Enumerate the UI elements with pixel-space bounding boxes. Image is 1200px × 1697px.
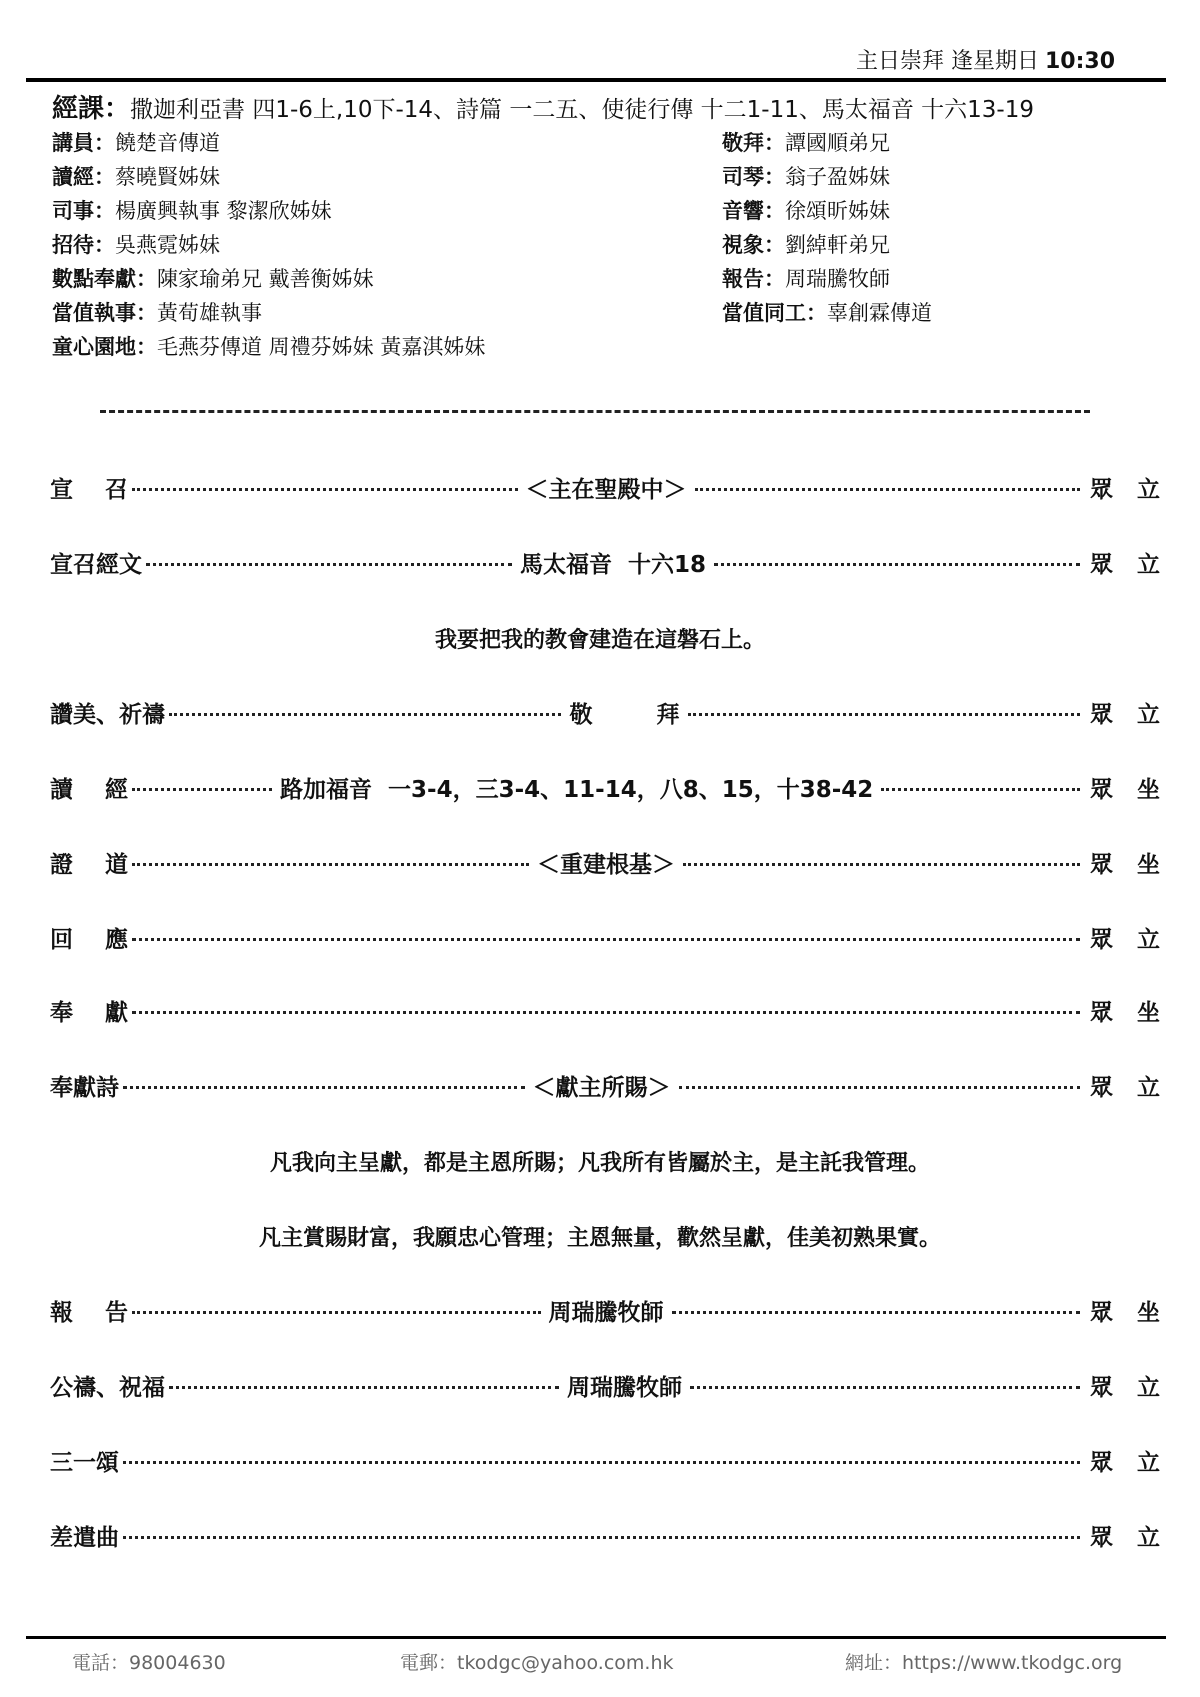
leader-dots <box>881 788 1080 791</box>
service-title: 主日崇拜 逢星期日10:30 <box>856 44 1115 75</box>
order-item-offering: 奉 獻眾 坐 <box>50 993 1160 1027</box>
scripture-lessons: 經課：撒迦利亞書 四1-6上,10下-14、詩篇 一二五、使徒行傳 十二1-11… <box>52 88 1034 125</box>
role-worship-leader: 敬拜：譚國順弟兄 <box>722 126 932 160</box>
leader-dots <box>146 563 512 566</box>
leader-dots <box>123 1536 1080 1539</box>
leader-dots <box>123 1086 525 1089</box>
leader-dots <box>695 488 1080 491</box>
leader-dots <box>132 488 517 491</box>
leader-dots <box>679 1086 1081 1089</box>
role-visual: 視象：劉綽軒弟兄 <box>722 228 932 262</box>
leader-dots <box>169 713 561 716</box>
lessons-text: 撒迦利亞書 四1-6上,10下-14、詩篇 一二五、使徒行傳 十二1-11、馬太… <box>130 97 1034 123</box>
order-item-call-to-worship: 宣 召＜主在聖殿中＞眾 立 <box>50 470 1160 504</box>
header-divider <box>26 78 1166 82</box>
leader-dots <box>123 1461 1080 1464</box>
leader-dots <box>683 863 1080 866</box>
leader-dots <box>688 713 1080 716</box>
order-item-sending-song: 差遣曲眾 立 <box>50 1518 1160 1552</box>
role-deacon-on-duty: 當值執事：黃荀雄執事 <box>52 296 485 330</box>
lessons-label: 經課： <box>52 94 130 124</box>
leader-dots <box>714 563 1080 566</box>
role-announcements: 報告：周瑞騰牧師 <box>722 262 932 296</box>
order-item-sermon: 證 道＜重建根基＞眾 坐 <box>50 845 1160 879</box>
dashed-divider <box>100 410 1090 413</box>
offering-verse-1: 凡我向主呈獻，都是主恩所賜；凡我所有皆屬於主，是主託我管理。 <box>0 1146 1200 1177</box>
footer-email[interactable]: 電郵：tkodgc@yahoo.com.hk <box>400 1648 674 1675</box>
order-item-offering-hymn: 奉獻詩＜獻主所賜＞眾 立 <box>50 1068 1160 1102</box>
leader-dots <box>132 1011 1080 1014</box>
leader-dots <box>132 788 272 791</box>
service-time: 10:30 <box>1045 49 1115 74</box>
leader-dots <box>132 863 529 866</box>
leader-dots <box>672 1311 1080 1314</box>
role-speaker: 講員：饒楚音傳道 <box>52 126 485 160</box>
role-children-ministry: 童心園地：毛燕芬傳道 周禮芬姊妹 黃嘉淇姊妹 <box>52 330 485 364</box>
footer-website[interactable]: 網址：https://www.tkodgc.org <box>845 1648 1122 1675</box>
service-name: 主日崇拜 逢星期日 <box>856 49 1039 74</box>
role-greeter: 招待：吳燕霓姊妹 <box>52 228 485 262</box>
offering-verse-2: 凡主賞賜財富，我願忠心管理；主恩無量，歡然呈獻，佳美初熟果實。 <box>0 1221 1200 1252</box>
role-pianist: 司琴：翁子盈姊妹 <box>722 160 932 194</box>
role-ushers: 司事：楊廣興執事 黎潔欣姊妹 <box>52 194 485 228</box>
order-item-response: 回 應眾 立 <box>50 920 1160 954</box>
footer-divider <box>26 1636 1166 1639</box>
role-staff-on-duty: 當值同工：辜創霖傳道 <box>722 296 932 330</box>
order-item-doxology: 三一頌眾 立 <box>50 1443 1160 1477</box>
order-item-prayer-benediction: 公禱、祝福周瑞騰牧師眾 立 <box>50 1368 1160 1402</box>
leader-dots <box>132 1311 540 1314</box>
footer-phone: 電話：98004630 <box>72 1648 226 1675</box>
roles-left-column: 講員：饒楚音傳道 讀經：蔡曉賢姊妹 司事：楊廣興執事 黎潔欣姊妹 招待：吳燕霓姊… <box>52 126 485 364</box>
leader-dots <box>169 1386 559 1389</box>
order-item-praise-prayer: 讚美、祈禱敬 拜眾 立 <box>50 695 1160 729</box>
order-item-scripture-reading: 讀 經路加福音 一3-4，三3-4、11-14，八8、15，十38-42眾 坐 <box>50 770 1160 804</box>
leader-dots <box>132 938 1080 941</box>
order-item-announcements: 報 告周瑞騰牧師眾 坐 <box>50 1293 1160 1327</box>
role-reader: 讀經：蔡曉賢姊妹 <box>52 160 485 194</box>
call-verse: 我要把我的教會建造在這磐石上。 <box>0 623 1200 654</box>
role-sound: 音響：徐頌昕姊妹 <box>722 194 932 228</box>
role-offering-count: 數點奉獻：陳家瑜弟兄 戴善衡姊妹 <box>52 262 485 296</box>
roles-right-column: 敬拜：譚國順弟兄 司琴：翁子盈姊妹 音響：徐頌昕姊妹 視象：劉綽軒弟兄 報告：周… <box>722 126 932 330</box>
order-item-call-scripture: 宣召經文馬太福音 十六18眾 立 <box>50 545 1160 579</box>
leader-dots <box>690 1386 1080 1389</box>
